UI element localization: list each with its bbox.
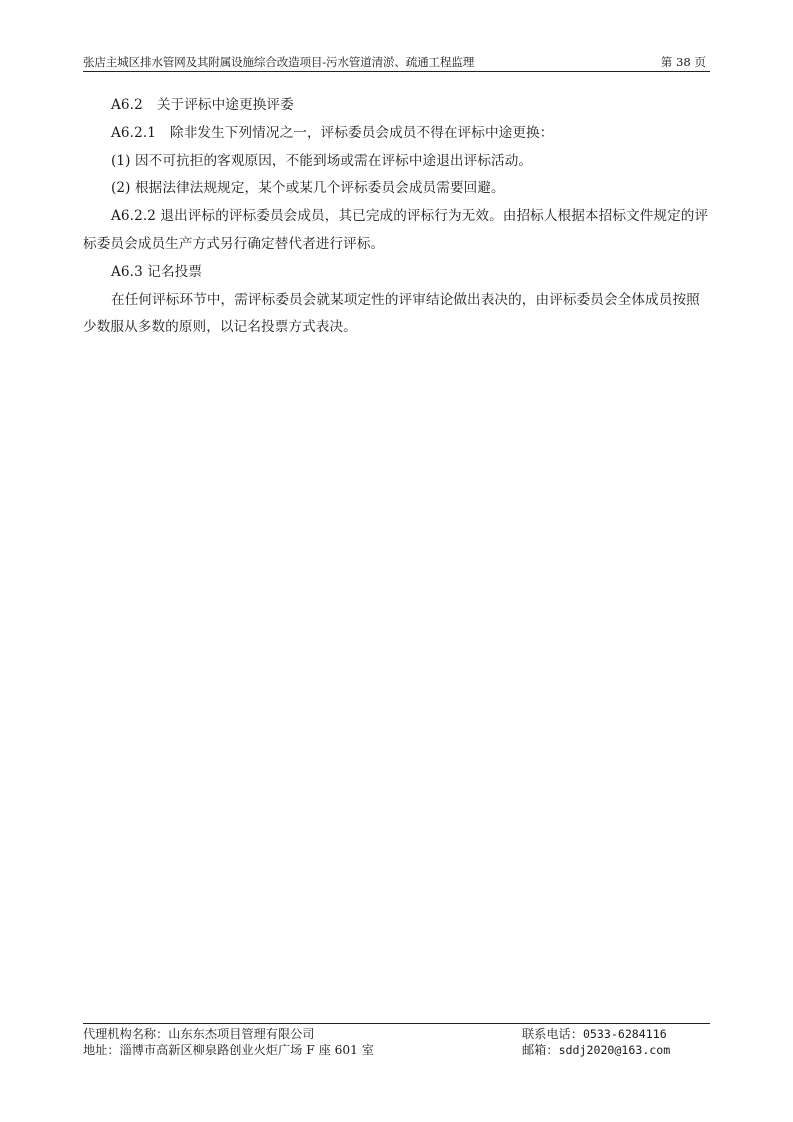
list-text: 因不可抗拒的客观原因，不能到场或需在评标中途退出评标活动。 xyxy=(135,153,532,169)
phone-label: 联系电话： xyxy=(522,1027,583,1041)
document-title: 张店主城区排水管网及其附属设施综合改造项目-污水管道清淤、疏通工程监理 xyxy=(83,53,474,71)
list-marker: (1) xyxy=(111,153,131,169)
section-heading-a6-3: A6.3 记名投票 xyxy=(83,261,710,289)
clause-a6-2-2-continued: 标委员会成员生产方式另行确定替代者进行评标。 xyxy=(83,233,710,261)
list-marker: (2) xyxy=(111,180,131,196)
page-number: 第 38 页 xyxy=(661,53,706,71)
contact-email: 邮箱：sddj2020@163.com xyxy=(522,1042,670,1058)
section-number: A6.2 xyxy=(111,97,143,113)
footer-row-2: 地址：淄博市高新区柳泉路创业火炬广场 F 座 601 室 邮箱：sddj2020… xyxy=(83,1042,710,1058)
page-header: 张店主城区排水管网及其附属设施综合改造项目-污水管道清淤、疏通工程监理 第 38… xyxy=(83,53,710,72)
agency-address: 地址：淄博市高新区柳泉路创业火炬广场 F 座 601 室 xyxy=(83,1042,374,1058)
clause-text: 除非发生下列情况之一，评标委员会成员不得在评标中途更换： xyxy=(170,125,553,141)
list-item-2: (2) 根据法律法规规定，某个或某几个评标委员会成员需要回避。 xyxy=(83,177,710,205)
section-title: 关于评标中途更换评委 xyxy=(157,97,294,113)
email-label: 邮箱： xyxy=(522,1043,559,1057)
paragraph-voting: 在任何评标环节中，需评标委员会就某项定性的评审结论做出表决的，由评标委员会全体成… xyxy=(83,289,710,317)
footer-row-1: 代理机构名称：山东东杰项目管理有限公司 联系电话：0533-6284116 xyxy=(83,1026,710,1042)
clause-a6-2-2: A6.2.2 退出评标的评标委员会成员，其已完成的评标行为无效。由招标人根据本招… xyxy=(83,205,710,233)
section-heading-a6-2: A6.2关于评标中途更换评委 xyxy=(83,94,710,122)
page-footer: 代理机构名称：山东东杰项目管理有限公司 联系电话：0533-6284116 地址… xyxy=(83,1023,710,1058)
phone-number: 0533-6284116 xyxy=(583,1027,667,1041)
list-item-1: (1) 因不可抗拒的客观原因，不能到场或需在评标中途退出评标活动。 xyxy=(83,150,710,178)
email-address: sddj2020@163.com xyxy=(559,1043,671,1057)
document-body: A6.2关于评标中途更换评委 A6.2.1除非发生下列情况之一，评标委员会成员不… xyxy=(83,94,710,344)
clause-a6-2-1: A6.2.1除非发生下列情况之一，评标委员会成员不得在评标中途更换： xyxy=(83,122,710,150)
contact-phone: 联系电话：0533-6284116 xyxy=(522,1026,667,1042)
agency-name: 代理机构名称：山东东杰项目管理有限公司 xyxy=(83,1026,315,1042)
clause-number: A6.2.1 xyxy=(111,125,156,141)
paragraph-voting-continued: 少数服从多数的原则，以记名投票方式表决。 xyxy=(83,316,710,344)
list-text: 根据法律法规规定，某个或某几个评标委员会成员需要回避。 xyxy=(135,180,505,196)
